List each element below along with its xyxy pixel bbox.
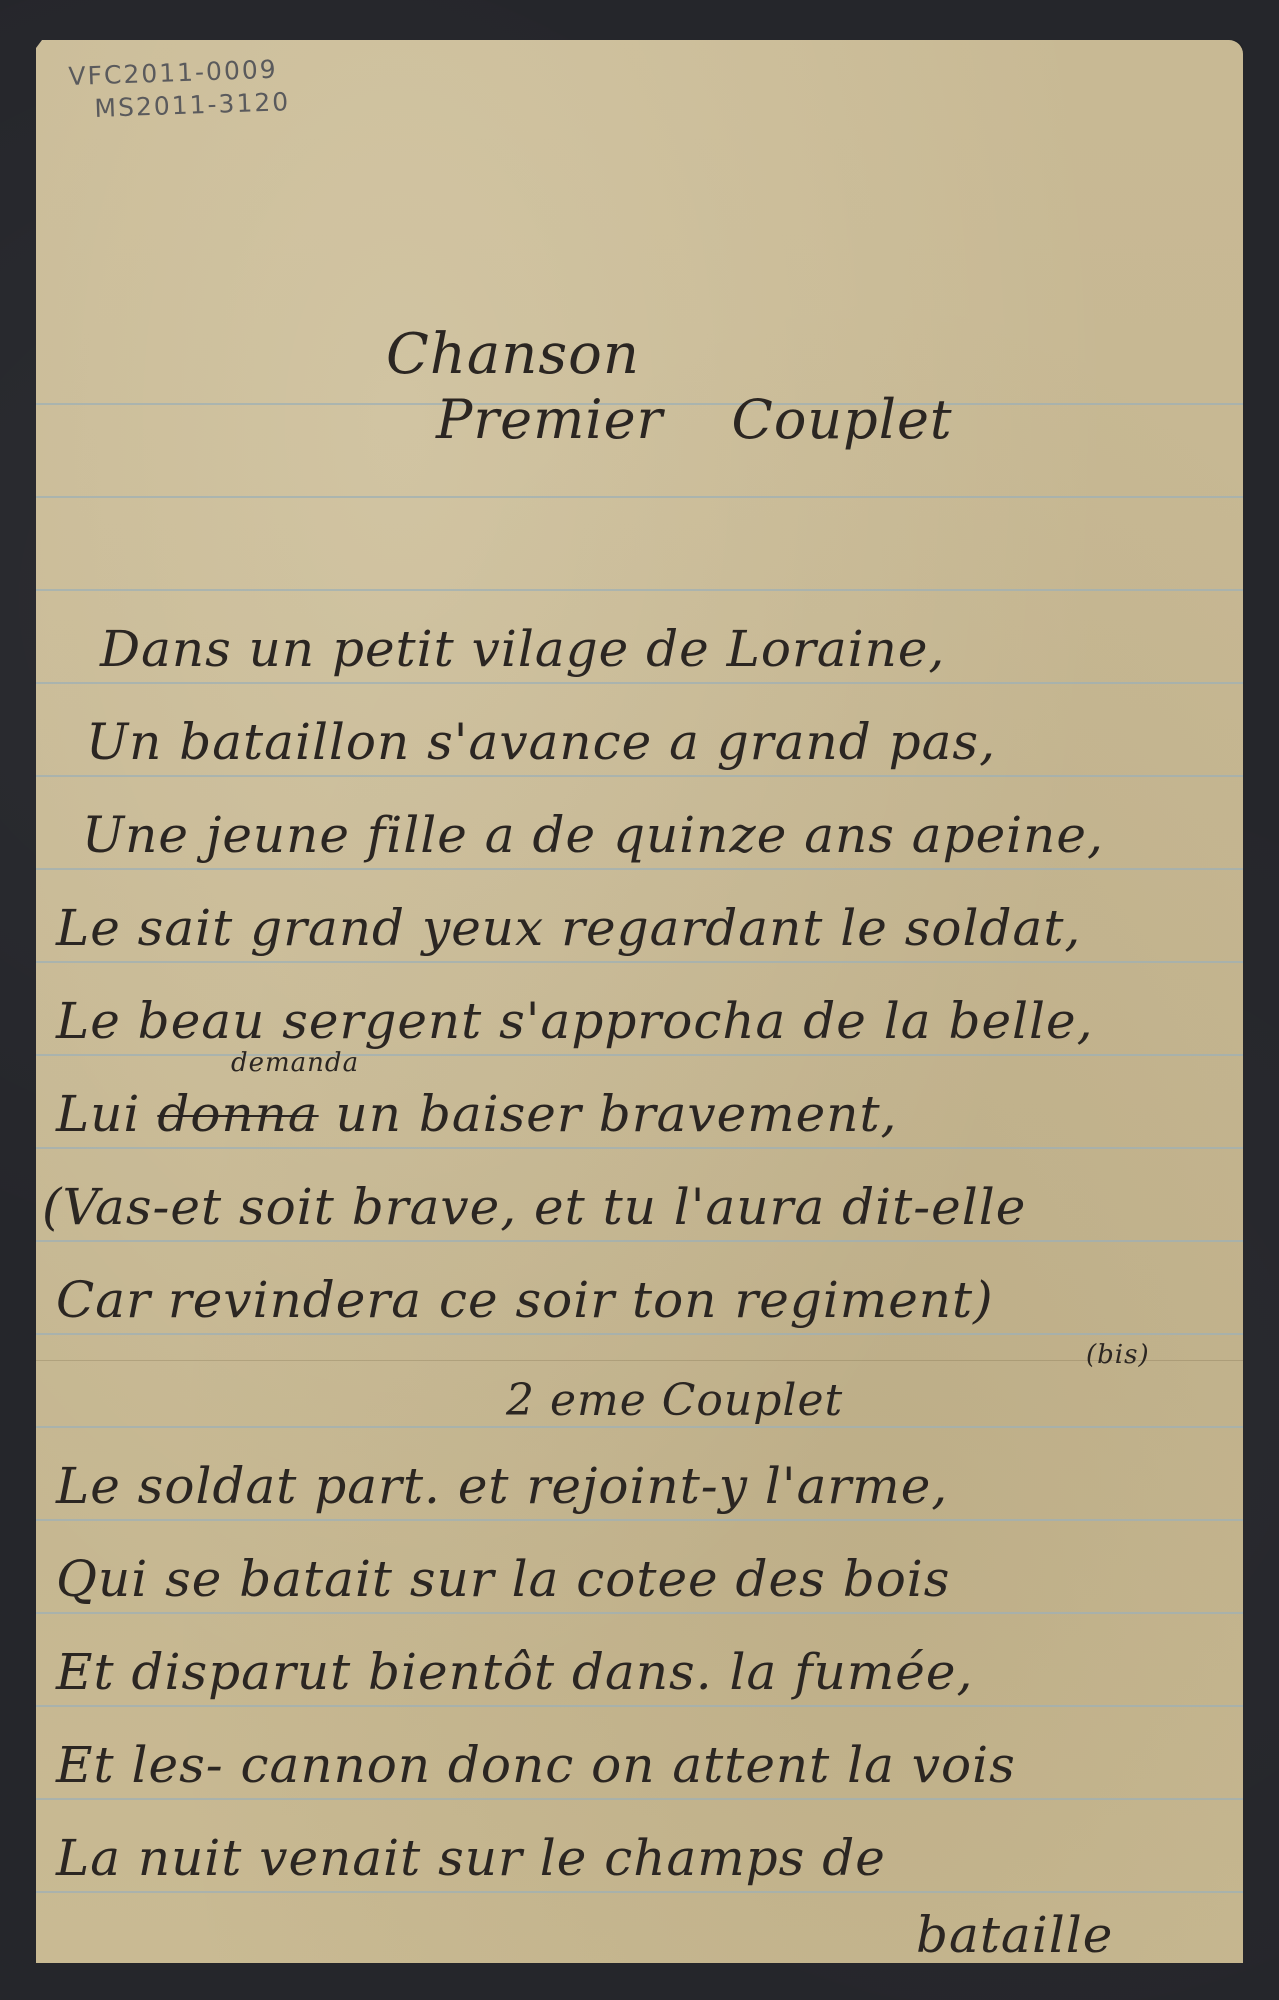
verse2-heading: 2 eme Couplet	[506, 1375, 843, 1426]
repeat-mark: (bis)	[1086, 1340, 1150, 1370]
ruled-line	[36, 1147, 1243, 1149]
verse1-line: Le sait grand yeux regardant le soldat,	[56, 899, 1081, 957]
verse2-line: Et disparut bientôt dans. la fumée,	[56, 1643, 973, 1701]
verse1-line: Un bataillon s'avance a grand pas,	[86, 713, 996, 771]
ruled-line	[36, 1054, 1243, 1056]
ruled-line	[36, 496, 1243, 498]
ruled-line	[36, 1426, 1243, 1428]
verse2-line: Qui se batait sur la cotee des bois	[56, 1550, 950, 1608]
ruled-line	[36, 961, 1243, 963]
verse1-line: Le beau sergent s'approcha de la belle,	[56, 992, 1094, 1050]
ruled-line	[36, 682, 1243, 684]
verse1-line-end: un baiser bravement,	[336, 1085, 898, 1143]
verse2-line: bataille	[916, 1906, 1113, 1964]
archive-mark: VFC2011-0009	[68, 55, 278, 91]
inserted-word: demanda	[231, 1048, 359, 1078]
ruled-line	[36, 775, 1243, 777]
verse1-line: Une jeune fille a de quinze ans apeine,	[82, 806, 1104, 864]
verse1-line: Car revindera ce soir ton regiment)	[56, 1271, 994, 1329]
ruled-line	[36, 1705, 1243, 1707]
verse1-heading: Premier Couplet	[436, 388, 953, 451]
verse1-line: Dans un petit vilage de Loraine,	[100, 620, 945, 678]
ruled-line	[36, 1519, 1243, 1521]
ruled-line	[36, 1612, 1243, 1614]
ruled-line	[36, 1798, 1243, 1800]
ruled-line	[36, 1891, 1243, 1893]
ruled-line	[36, 1240, 1243, 1242]
verse2-line: Le soldat part. et rejoint-y l'arme,	[56, 1457, 948, 1515]
ruled-line	[36, 589, 1243, 591]
struck-word: donna	[157, 1085, 318, 1143]
verse1-line-start: Lui	[56, 1085, 140, 1143]
manuscript-page: VFC2011-0009 MS2011-3120 Chanson Premier…	[36, 40, 1243, 1963]
verse2-line: Et les- cannon donc on attent la vois	[56, 1736, 1016, 1794]
verse2-line: La nuit venait sur le champs de	[56, 1829, 886, 1887]
verse1-line: Lui donna un baiser bravement,	[56, 1085, 897, 1143]
ruled-line	[36, 1333, 1243, 1335]
ruled-line	[36, 868, 1243, 870]
paper-fold	[36, 1360, 1243, 1361]
archive-mark: MS2011-3120	[94, 87, 291, 123]
song-title: Chanson	[386, 322, 640, 387]
verse1-line: (Vas-et soit brave, et tu l'aura dit-ell…	[42, 1178, 1026, 1236]
